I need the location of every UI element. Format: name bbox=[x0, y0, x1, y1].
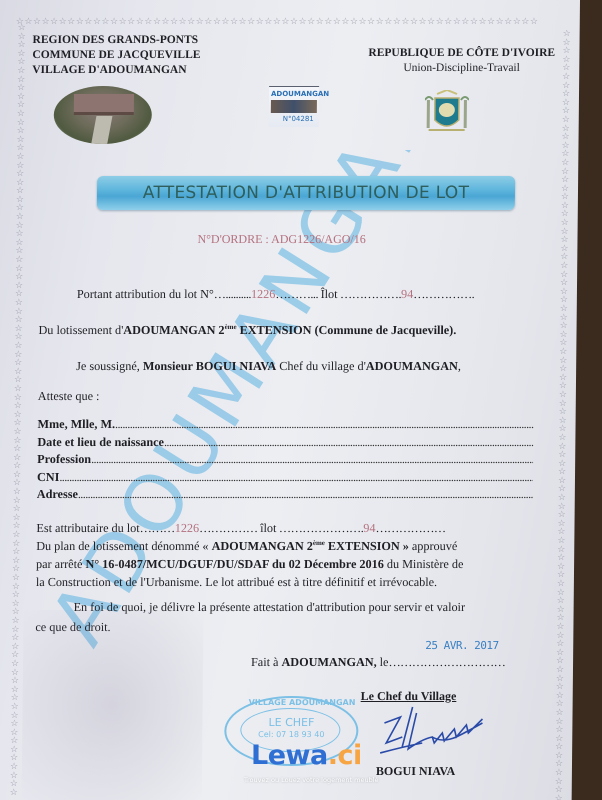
coat-of-arms-icon bbox=[425, 90, 469, 136]
plan-paragraph-line-3: la Construction et de l'Urbanisme. Le lo… bbox=[36, 575, 437, 590]
document-title: ATTESTATION D'ATTRIBUTION DE LOT bbox=[97, 183, 515, 203]
commune-text: COMMUNE DE JACQUEVILLE bbox=[32, 48, 200, 63]
lotissement-line: Du lotissement d'ADOUMANGAN 2ème EXTENSI… bbox=[38, 323, 456, 338]
village-photo bbox=[53, 86, 152, 144]
field-label: Profession bbox=[37, 452, 91, 467]
region-text: REGION DES GRANDS-PONTS bbox=[32, 33, 200, 48]
logo-tagline: Trouvez ou Louez votre logement meublé bbox=[244, 776, 379, 784]
field-value: ........................................… bbox=[115, 417, 534, 432]
field-value: ........................................… bbox=[164, 435, 534, 450]
ilot-number: 94 bbox=[401, 287, 413, 301]
field-label: Date et lieu de naissance bbox=[37, 435, 164, 450]
field-value: ........................................… bbox=[59, 470, 533, 485]
field-value: ........................................… bbox=[78, 487, 533, 502]
field-row: Date et lieu de naissance ..............… bbox=[37, 435, 533, 453]
signatory-name: BOGUI NIAVA bbox=[376, 764, 455, 779]
atteste-label: Atteste que : bbox=[38, 389, 100, 404]
document-title-band: ATTESTATION D'ATTRIBUTION DE LOT bbox=[97, 176, 515, 210]
plan-paragraph-line-1: Du plan de lotissement dénommé « ADOUMAN… bbox=[36, 539, 457, 554]
beneficiary-fields: Mme, Mlle, M. ..........................… bbox=[37, 417, 534, 505]
order-number: N°D'ORDRE : ADG1226/AGO/16 bbox=[197, 232, 365, 247]
field-row: Mme, Mlle, M. ..........................… bbox=[37, 417, 533, 435]
country-text: REPUBLIQUE DE CÔTE D'IVOIRE bbox=[368, 46, 555, 61]
security-stamp: ADOUMANGAN N°04281 bbox=[269, 86, 319, 127]
closing-line-2: ce que de droit. bbox=[35, 620, 110, 635]
village-text: VILLAGE D'ADOUMANGAN bbox=[32, 63, 200, 78]
field-label: Adresse bbox=[37, 487, 78, 502]
field-value: ........................................… bbox=[91, 452, 533, 467]
signature-icon bbox=[372, 703, 493, 763]
field-row: Adresse ................................… bbox=[37, 487, 533, 505]
field-label: Mme, Mlle, M. bbox=[37, 417, 115, 432]
place-date-line: Fait à ADOUMANGAN, le………………………… bbox=[251, 655, 505, 670]
motto-text: Union-Discipline-Travail bbox=[368, 61, 555, 76]
field-row: Profession .............................… bbox=[37, 452, 533, 470]
star-border-top: ☆☆☆☆☆☆☆☆☆☆☆☆☆☆☆☆☆☆☆☆☆☆☆☆☆☆☆☆☆☆☆☆☆☆☆☆☆☆☆☆… bbox=[16, 17, 581, 29]
lot-number: 1226 bbox=[251, 287, 276, 301]
plan-paragraph-line-2: par arrêté N° 16-0487/MCU/DGUF/DU/SDAF d… bbox=[36, 557, 463, 572]
watermark-text: ADOUMANGAN bbox=[33, 150, 598, 670]
declaration-line: Je soussigné, Monsieur BOGUI NIAVA Chef … bbox=[76, 359, 461, 374]
field-row: CNI ....................................… bbox=[37, 470, 533, 488]
attributaire-line: Est attributaire du lot………1226…………… îlot… bbox=[36, 521, 445, 536]
signatory-title: Le Chef du Village bbox=[361, 689, 457, 704]
closing-line-1: En foi de quoi, je délivre la présente a… bbox=[74, 600, 466, 615]
lot-line: Portant attribution du lot N°…..........… bbox=[77, 287, 474, 302]
field-label: CNI bbox=[37, 470, 60, 485]
lewa-logo: Lewa.ci bbox=[251, 740, 362, 771]
document-page: ☆☆☆☆☆☆☆☆☆☆☆☆☆☆☆☆☆☆☆☆☆☆☆☆☆☆☆☆☆☆☆☆☆☆☆☆☆☆☆☆… bbox=[0, 0, 580, 800]
star-border-left: ☆☆☆☆☆☆☆☆☆☆☆☆☆☆☆☆☆☆☆☆☆☆☆☆☆☆☆☆☆☆☆☆☆☆☆☆☆☆☆☆… bbox=[10, 24, 28, 800]
star-border-right: ☆☆☆☆☆☆☆☆☆☆☆☆☆☆☆☆☆☆☆☆☆☆☆☆☆☆☆☆☆☆☆☆☆☆☆☆☆☆☆☆… bbox=[555, 30, 573, 800]
issuer-header: REGION DES GRANDS-PONTS COMMUNE DE JACQU… bbox=[32, 33, 201, 78]
date-stamp: 25 AVR. 2017 bbox=[425, 639, 499, 652]
republic-header: REPUBLIQUE DE CÔTE D'IVOIRE Union-Discip… bbox=[368, 46, 555, 76]
